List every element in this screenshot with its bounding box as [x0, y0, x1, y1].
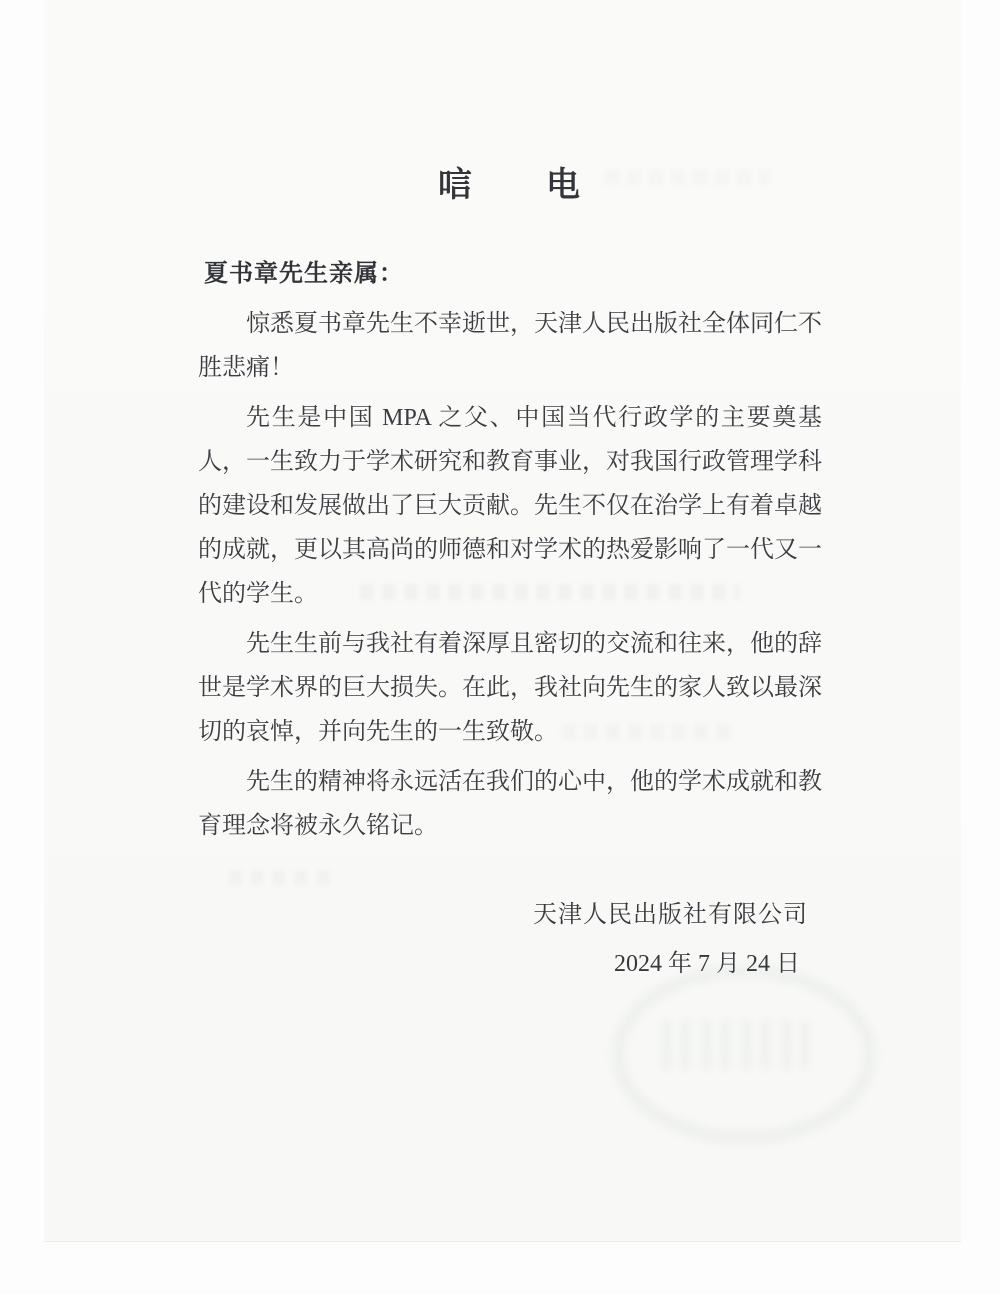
- paragraph-condolence-opening: 惊悉夏书章先生不幸逝世，天津人民出版社全体同仁不胜悲痛！: [198, 302, 822, 390]
- salutation: 夏书章先生亲属：: [204, 258, 822, 290]
- scanned-document: 唁 电 夏书章先生亲属： 惊悉夏书章先生不幸逝世，天津人民出版社全体同仁不胜悲痛…: [0, 0, 1000, 1294]
- signature-date: 2024 年 7 月 24 日: [198, 942, 800, 986]
- paragraph-legacy: 先生的精神将永远活在我们的心中，他的学术成就和教育理念将被永久铭记。: [198, 760, 822, 848]
- signature-organization: 天津人民出版社有限公司: [198, 893, 808, 937]
- letter-body: 唁 电 夏书章先生亲属： 惊悉夏书章先生不幸逝世，天津人民出版社全体同仁不胜悲痛…: [198, 168, 822, 986]
- paragraph-relationship: 先生生前与我社有着深厚且密切的交流和往来，他的辞世是学术界的巨大损失。在此，我社…: [198, 622, 822, 754]
- paragraph-achievements: 先生是中国 MPA 之父、中国当代行政学的主要奠基人，一生致力于学术研究和教育事…: [198, 396, 822, 616]
- letter-title: 唁 电: [198, 168, 822, 204]
